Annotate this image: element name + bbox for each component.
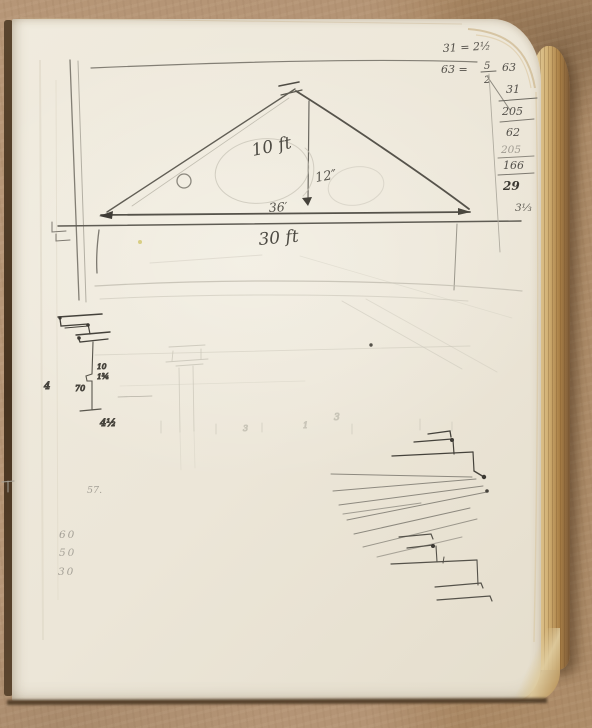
- one-stroke: [97, 230, 99, 273]
- roof-diagonal2: [366, 299, 497, 372]
- frame-top-line-b: [91, 60, 477, 68]
- note-1-3-4: 1¾: [97, 372, 109, 381]
- margin-50: 50: [59, 547, 76, 559]
- capital-neck: [172, 349, 201, 361]
- paper-creases: [40, 60, 58, 640]
- note-10: 10: [97, 362, 107, 371]
- steps-profile-upper: [331, 431, 489, 557]
- sketchbook-photo: 10 ft 12″ 36′ 30 ft 31 = 2½ 63 = 5 2 63 …: [0, 0, 592, 728]
- stroke: [65, 326, 88, 328]
- stroke: [60, 319, 88, 326]
- stroke: [354, 508, 470, 534]
- stroke: [399, 534, 433, 539]
- roof-diagonal1: [342, 301, 462, 369]
- entablature-curve1: [95, 281, 522, 291]
- calc-result: 3⅓: [515, 202, 532, 214]
- stroke: [391, 560, 477, 564]
- margin-30: 30: [58, 566, 75, 578]
- dark-speck: [369, 343, 372, 346]
- left-bracket: [52, 222, 70, 241]
- stroke: [80, 409, 101, 411]
- calc-rule2: [500, 119, 534, 122]
- stroke: [407, 545, 433, 548]
- stroke: [435, 583, 483, 588]
- yellow-speck: [138, 240, 142, 244]
- pediment-height-label: 10 ft: [250, 133, 294, 161]
- stroke: [414, 439, 452, 442]
- stroke: [40, 60, 43, 640]
- pencil-sketch: 10 ft 12″ 36′ 30 ft 31 = 2½ 63 = 5 2 63 …: [0, 0, 592, 728]
- calc-block: 31 = 2½ 63 = 5 2 63 31 205 62 205 166 29…: [441, 40, 537, 252]
- note-4-half: 4½: [99, 418, 116, 429]
- joint-blob: [482, 475, 486, 479]
- pediment-base-label: 30 ft: [258, 227, 300, 250]
- pediment-sketch: 10 ft 12″ 36′ 30 ft: [52, 60, 522, 302]
- stroke: [56, 80, 58, 600]
- cornice-profile-left: 10 1¾ 70 4 4½: [2, 314, 152, 492]
- faint-digit-3a: 3: [334, 413, 340, 423]
- elevation-faint: 3 1 3: [95, 256, 512, 470]
- joint-blob: [86, 323, 90, 327]
- stroke: [343, 503, 421, 514]
- stroke: [363, 519, 477, 547]
- stroke: [333, 479, 476, 491]
- hatch-lines: [331, 474, 487, 557]
- calc-frac-num: 5: [484, 61, 490, 72]
- stroke: [86, 342, 93, 410]
- joint-blob: [485, 489, 489, 493]
- note-70: 70: [75, 384, 85, 393]
- small-circle-detail: [177, 174, 191, 188]
- shaft-left: [179, 368, 180, 432]
- joint-blob: [58, 316, 61, 319]
- datum-line: [95, 346, 470, 355]
- shaft-ghost: [180, 431, 195, 470]
- apex-tick1: [279, 82, 299, 86]
- margin-57: 57.: [87, 485, 102, 496]
- joint-blob: [431, 544, 435, 548]
- frame-right-line: [454, 224, 457, 290]
- stroke: [347, 492, 487, 520]
- calc-col-63: 63: [502, 61, 516, 74]
- margin-60: 60: [59, 529, 76, 541]
- joint-blob: [77, 336, 81, 340]
- pediment-drop-label: 12″: [314, 167, 338, 186]
- frame-left-line: [70, 60, 79, 300]
- stroke: [76, 332, 110, 335]
- calc-line1: 31 = 2½: [442, 40, 490, 55]
- faint-digit-3b: 3: [243, 424, 248, 433]
- raking-right: [296, 91, 469, 209]
- calc-col-29: 29: [502, 179, 520, 193]
- stroke: [534, 92, 538, 642]
- frame-left-line2: [78, 61, 86, 302]
- baseline-second: [58, 221, 521, 226]
- stroke: [477, 560, 478, 585]
- calc-col-166: 166: [503, 159, 524, 172]
- stroke: [473, 452, 474, 471]
- shaft-right: [193, 366, 194, 431]
- faint-digit-1: 1: [303, 421, 308, 430]
- scribble-diag: [150, 255, 262, 263]
- note-dash: [118, 396, 152, 397]
- page-edge-lines: [20, 18, 538, 642]
- stroke: [58, 314, 102, 317]
- calc-col-62: 62: [506, 126, 520, 139]
- capital-top: [169, 345, 205, 347]
- stroke: [392, 452, 473, 456]
- stroke: [428, 431, 451, 437]
- calc-col-31: 31: [506, 83, 520, 96]
- margin-numbers: 57. 60 50 30: [58, 485, 102, 578]
- calc-rule4: [498, 173, 534, 175]
- calc-col-205b: 205: [500, 144, 521, 156]
- stroke: [78, 337, 108, 342]
- calc-line2-prefix: 63 =: [441, 63, 468, 76]
- calc-vertical-line: [489, 74, 500, 252]
- stroke: [437, 596, 492, 601]
- entablature-curve2: [100, 295, 468, 301]
- stroke: [20, 18, 462, 24]
- stroke: [453, 440, 454, 454]
- note-4: 4: [43, 381, 50, 392]
- stroke: [436, 546, 437, 562]
- calc-rule3: [498, 156, 534, 158]
- stroke: [331, 474, 472, 477]
- steps-profile-lower: [391, 534, 492, 601]
- calc-rule1: [499, 98, 537, 101]
- datum-line2: [120, 381, 305, 386]
- pediment-span-label: 36′: [268, 199, 288, 215]
- calc-col-205a: 205: [501, 105, 523, 118]
- stroke: [468, 29, 535, 88]
- drop-arrowhead: [302, 197, 312, 206]
- far-left-mark: [2, 481, 14, 492]
